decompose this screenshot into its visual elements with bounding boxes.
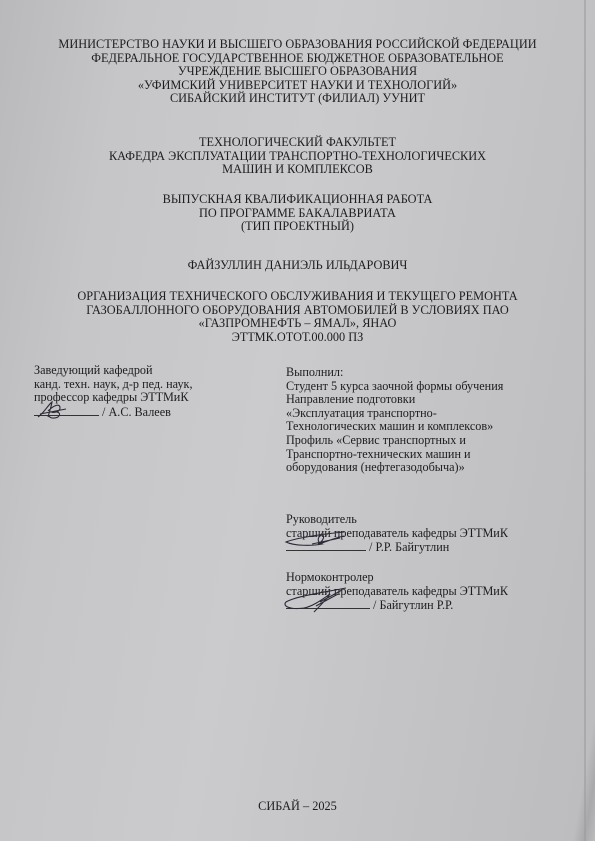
hod-degree: канд. техн. наук, д-р пед. наук, [34, 378, 193, 392]
performer-line: Транспортно-технических машин и [286, 448, 503, 462]
supervisor-position: старший преподаватель кафедры ЭТТМиК [286, 527, 508, 541]
header-line: «УФИМСКИЙ УНИВЕРСИТЕТ НАУКИ И ТЕХНОЛОГИЙ… [0, 79, 595, 93]
supervisor-label: Руководитель [286, 513, 508, 527]
work-type-line: ВЫПУСКНАЯ КВАЛИФИКАЦИОННАЯ РАБОТА [0, 193, 595, 207]
norm-controller-signature-row: / Байгутлин Р.Р. [286, 598, 508, 613]
hod-signature-name: / А.С. Валеев [102, 405, 171, 419]
faculty-line: МАШИН И КОМПЛЕКСОВ [0, 163, 595, 177]
faculty-block: ТЕХНОЛОГИЧЕСКИЙ ФАКУЛЬТЕТ КАФЕДРА ЭКСПЛУ… [0, 136, 595, 177]
header-line: МИНИСТЕРСТВО НАУКИ И ВЫСШЕГО ОБРАЗОВАНИЯ… [0, 38, 595, 52]
supervisor-signature-row: / Р.Р. Байгутлин [286, 540, 508, 555]
signature-line [286, 598, 370, 609]
author-name-block: ФАЙЗУЛЛИН ДАНИЭЛЬ ИЛЬДАРОВИЧ [0, 259, 595, 273]
faculty-line: КАФЕДРА ЭКСПЛУАТАЦИИ ТРАНСПОРТНО-ТЕХНОЛО… [0, 150, 595, 164]
head-of-department-block: Заведующий кафедрой канд. техн. наук, д-… [34, 364, 193, 419]
document-code: ЭТТМК.ОТОТ.00.000 ПЗ [0, 331, 595, 345]
header-line: ФЕДЕРАЛЬНОЕ ГОСУДАРСТВЕННОЕ БЮДЖЕТНОЕ ОБ… [0, 52, 595, 66]
performer-line: оборудования (нефтегазодобыча)» [286, 461, 503, 475]
header-line: СИБАЙСКИЙ ИНСТИТУТ (ФИЛИАЛ) УУНИТ [0, 92, 595, 106]
header-line: УЧРЕЖДЕНИЕ ВЫСШЕГО ОБРАЗОВАНИЯ [0, 65, 595, 79]
work-type-block: ВЫПУСКНАЯ КВАЛИФИКАЦИОННАЯ РАБОТА ПО ПРО… [0, 193, 595, 234]
city-year: СИБАЙ – 2025 [0, 799, 595, 814]
performer-line: Технологических машин и комплексов» [286, 420, 503, 434]
norm-controller-signature-name: / Байгутлин Р.Р. [373, 598, 453, 612]
norm-controller-position: старший преподаватель кафедры ЭТТМиК [286, 585, 508, 599]
hod-title: Заведующий кафедрой [34, 364, 193, 378]
thesis-topic: ОРГАНИЗАЦИЯ ТЕХНИЧЕСКОГО ОБСЛУЖИВАНИЯ И … [0, 290, 595, 344]
norm-controller-block: Нормоконтролер старший преподаватель каф… [286, 571, 508, 613]
signature-line [34, 405, 99, 416]
supervisor-block: Руководитель старший преподаватель кафед… [286, 513, 508, 555]
hod-signature-row: / А.С. Валеев [34, 405, 193, 420]
performer-line: Студент 5 курса заочной формы обучения [286, 380, 503, 394]
topic-line: ОРГАНИЗАЦИЯ ТЕХНИЧЕСКОГО ОБСЛУЖИВАНИЯ И … [0, 290, 595, 304]
signature-line [286, 540, 366, 551]
topic-line: «ГАЗПРОМНЕФТЬ – ЯМАЛ», ЯНАО [0, 317, 595, 331]
ministry-header: МИНИСТЕРСТВО НАУКИ И ВЫСШЕГО ОБРАЗОВАНИЯ… [0, 38, 595, 106]
performer-line: Направление подготовки [286, 393, 503, 407]
performer-block: Выполнил: Студент 5 курса заочной формы … [286, 366, 503, 475]
supervisor-signature-name: / Р.Р. Байгутлин [369, 540, 449, 554]
performer-label: Выполнил: [286, 366, 503, 380]
author-name: ФАЙЗУЛЛИН ДАНИЭЛЬ ИЛЬДАРОВИЧ [0, 259, 595, 273]
topic-line: ГАЗОБАЛЛОННОГО ОБОРУДОВАНИЯ АВТОМОБИЛЕЙ … [0, 304, 595, 318]
paper-edge [584, 0, 586, 841]
work-type-line: ПО ПРОГРАММЕ БАКАЛАВРИАТА [0, 207, 595, 221]
norm-controller-label: Нормоконтролер [286, 571, 508, 585]
faculty-line: ТЕХНОЛОГИЧЕСКИЙ ФАКУЛЬТЕТ [0, 136, 595, 150]
performer-line: «Эксплуатация транспортно- [286, 407, 503, 421]
work-type-line: (ТИП ПРОЕКТНЫЙ) [0, 220, 595, 234]
hod-position: профессор кафедры ЭТТМиК [34, 391, 193, 405]
performer-line: Профиль «Сервис транспортных и [286, 434, 503, 448]
